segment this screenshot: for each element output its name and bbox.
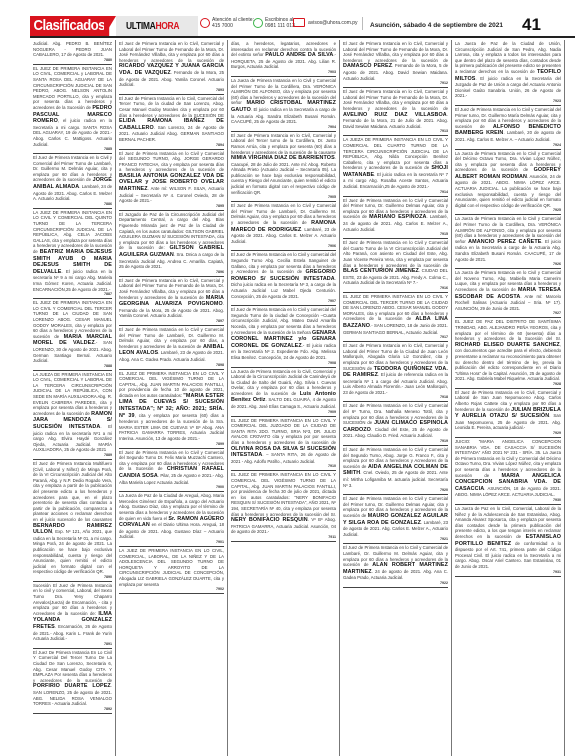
customer-service-contact: Atención al cliente: 415 7000 (200, 17, 252, 31)
notice-code: 7926 (455, 262, 561, 266)
notice-body: EL JUEZ DE PAZ DEL DISTRITO DE SANTÍSIMA… (455, 319, 561, 341)
notice-code: 7925 (455, 208, 561, 212)
legal-notice: La Jueza de Paz de la Ciudad de Unión, C… (455, 40, 561, 106)
logo-part-ultima: ULTIMA (126, 21, 155, 32)
section-title: Clasificados (30, 16, 109, 36)
page-header: Clasificados ULTIMAHORA Atención al clie… (0, 0, 580, 36)
notice-code: 7930 (455, 498, 561, 502)
email-contact: avisos@uhora.com.py (293, 17, 363, 30)
phone-number: 415 7000 (212, 23, 233, 29)
deceased-name: AMANCIO PEREZ CAÑETE (468, 239, 541, 245)
notice-code: 7927 (455, 311, 561, 315)
whatsapp-number: 0981 111 013 (265, 23, 295, 29)
phone-icon (200, 18, 210, 28)
legal-notice: El Juez de Primera Instancia en lo Civil… (455, 106, 561, 150)
newspaper-logo: ULTIMAHORA (126, 20, 179, 34)
logo-part-hora: HORA (155, 21, 179, 32)
notice-code: 7929 (455, 431, 561, 435)
legal-notice: La Jueza de Primera Instancia en lo Civi… (455, 150, 561, 216)
notice-body-end: , con documentos que acredite para el ef… (455, 342, 561, 382)
legal-notice: La Jueza de Primera Instancia en lo Civi… (455, 269, 561, 318)
legal-notice: JUICIO: "MARIA ANGELICA CONCEPCION SANAB… (455, 438, 561, 505)
whatsapp-icon (253, 18, 263, 28)
notice-code: 7923 (455, 99, 561, 103)
header-rule (30, 36, 575, 38)
email-address: avisos@uhora.com.py (308, 20, 358, 26)
notice-code: 7928 (455, 382, 561, 386)
legal-notice: EL JUEZ DE PAZ DEL DISTRITO DE SANTÍSIMA… (455, 318, 561, 389)
column-5: La Jueza de Paz de la Ciudad de Unión, C… (452, 40, 565, 756)
legal-notice: El Juez de Primera Instancia en lo Civil… (455, 389, 561, 438)
legal-notice: La Jueza de Primera Instancia en lo Civi… (455, 215, 561, 269)
page-number: 41 (522, 15, 541, 35)
envelope-icon (293, 18, 305, 27)
dateline: Asunción, sábado 4 de septiembre de 2021 (370, 22, 503, 29)
brand-slant-decoration (104, 16, 116, 36)
notice-code: 7924 (455, 143, 561, 147)
legal-notice: La Jueza de Paz en lo Civil, Comercial, … (455, 505, 561, 577)
notice-code: 7931 (455, 570, 561, 574)
classifieds-columns-right: La Jueza de Paz de la Ciudad de Unión, C… (0, 40, 545, 756)
deceased-name: RICHARD ELISEO DUARTE SANCHEZ (455, 342, 560, 348)
whatsapp-contact: Escribinos al 0981 111 013 (253, 17, 293, 31)
